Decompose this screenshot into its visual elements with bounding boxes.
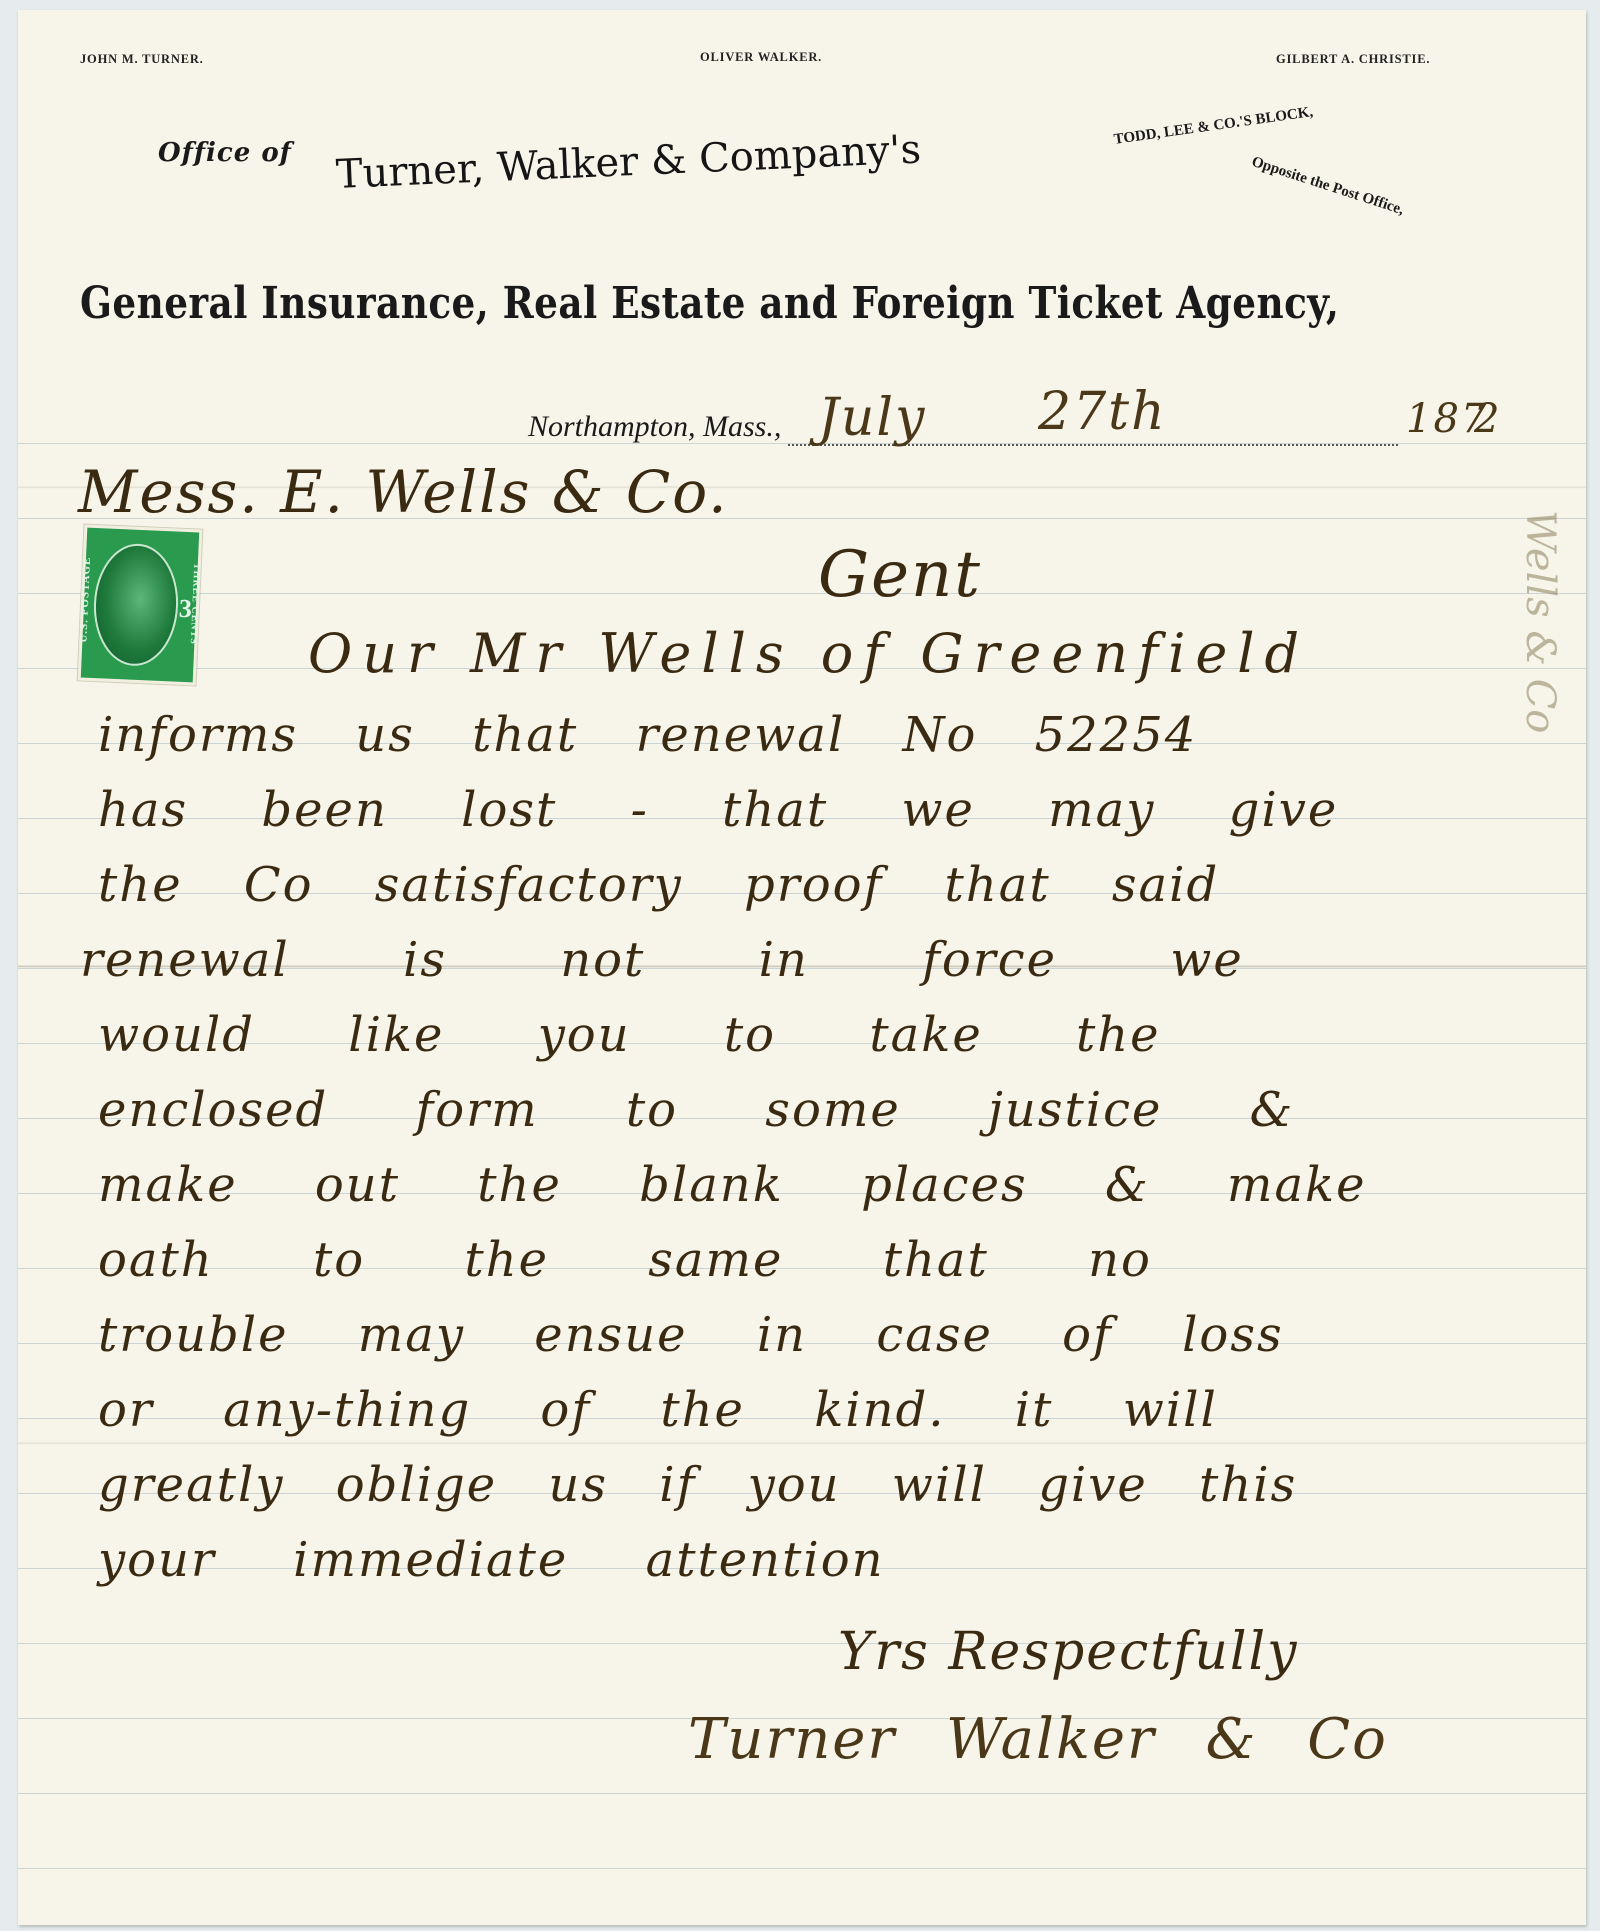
body-line: trouble may ensue in case of loss bbox=[98, 1307, 1284, 1363]
address-line-1: TODD, LEE & CO.'S BLOCK, bbox=[1113, 104, 1314, 149]
body-line: the Co satisfactory proof that said bbox=[98, 857, 1219, 913]
body-line: your immediate attention bbox=[98, 1532, 885, 1588]
date-month: July bbox=[818, 388, 926, 448]
body-line: make out the blank places & make bbox=[98, 1157, 1367, 1213]
ruled-line bbox=[18, 1793, 1586, 1794]
company-name: Turner, Walker & Company's bbox=[335, 126, 922, 197]
body-line: renewal is not in force we bbox=[80, 932, 1244, 988]
body-line: has been lost - that we may give bbox=[98, 782, 1338, 838]
closing: Yrs Respectfully bbox=[838, 1622, 1298, 1682]
body-line: would like you to take the bbox=[98, 1007, 1161, 1063]
stamp-value: 3 bbox=[178, 594, 192, 625]
partner-name: JOHN M. TURNER. bbox=[80, 52, 204, 67]
letter-page: JOHN M. TURNER. OLIVER WALKER. GILBERT A… bbox=[18, 10, 1586, 1925]
ruled-line bbox=[18, 1643, 1586, 1644]
partner-name: GILBERT A. CHRISTIE. bbox=[1276, 52, 1430, 67]
ruled-line bbox=[18, 1868, 1586, 1869]
margin-note: Wells & Co bbox=[1517, 510, 1563, 733]
partner-name: OLIVER WALKER. bbox=[700, 50, 822, 65]
body-line: informs us that renewal No 52254 bbox=[98, 707, 1197, 763]
ruled-line bbox=[18, 593, 1586, 594]
agency-title: General Insurance, Real Estate and Forei… bbox=[80, 278, 1339, 329]
stamp-portrait bbox=[91, 542, 180, 668]
body-line: enclosed form to some justice & bbox=[98, 1082, 1294, 1138]
postage-stamp: U.S. POSTAGE THREE CENTS 3 bbox=[81, 528, 199, 683]
date-day: 27th bbox=[1038, 382, 1167, 442]
body-line: or any-thing of the kind. it will bbox=[98, 1382, 1218, 1438]
date-year-suffix: 2 bbox=[1474, 396, 1501, 442]
greeting: Gent bbox=[818, 538, 982, 612]
office-of-label: Office of bbox=[158, 138, 292, 168]
body-line: oath to the same that no bbox=[98, 1232, 1152, 1288]
signature: Turner Walker & Co bbox=[688, 1707, 1388, 1772]
body-line: Our Mr Wells of Greenfield bbox=[308, 622, 1309, 685]
stamp-left-text: U.S. POSTAGE bbox=[77, 556, 93, 643]
printed-place: Northampton, Mass., bbox=[528, 410, 781, 444]
paper-fold bbox=[18, 1442, 1586, 1445]
address-line-2: Opposite the Post Office, bbox=[1249, 154, 1406, 219]
body-line: greatly oblige us if you will give this bbox=[98, 1457, 1297, 1513]
recipient-address: Mess. E. Wells & Co. bbox=[78, 458, 729, 526]
